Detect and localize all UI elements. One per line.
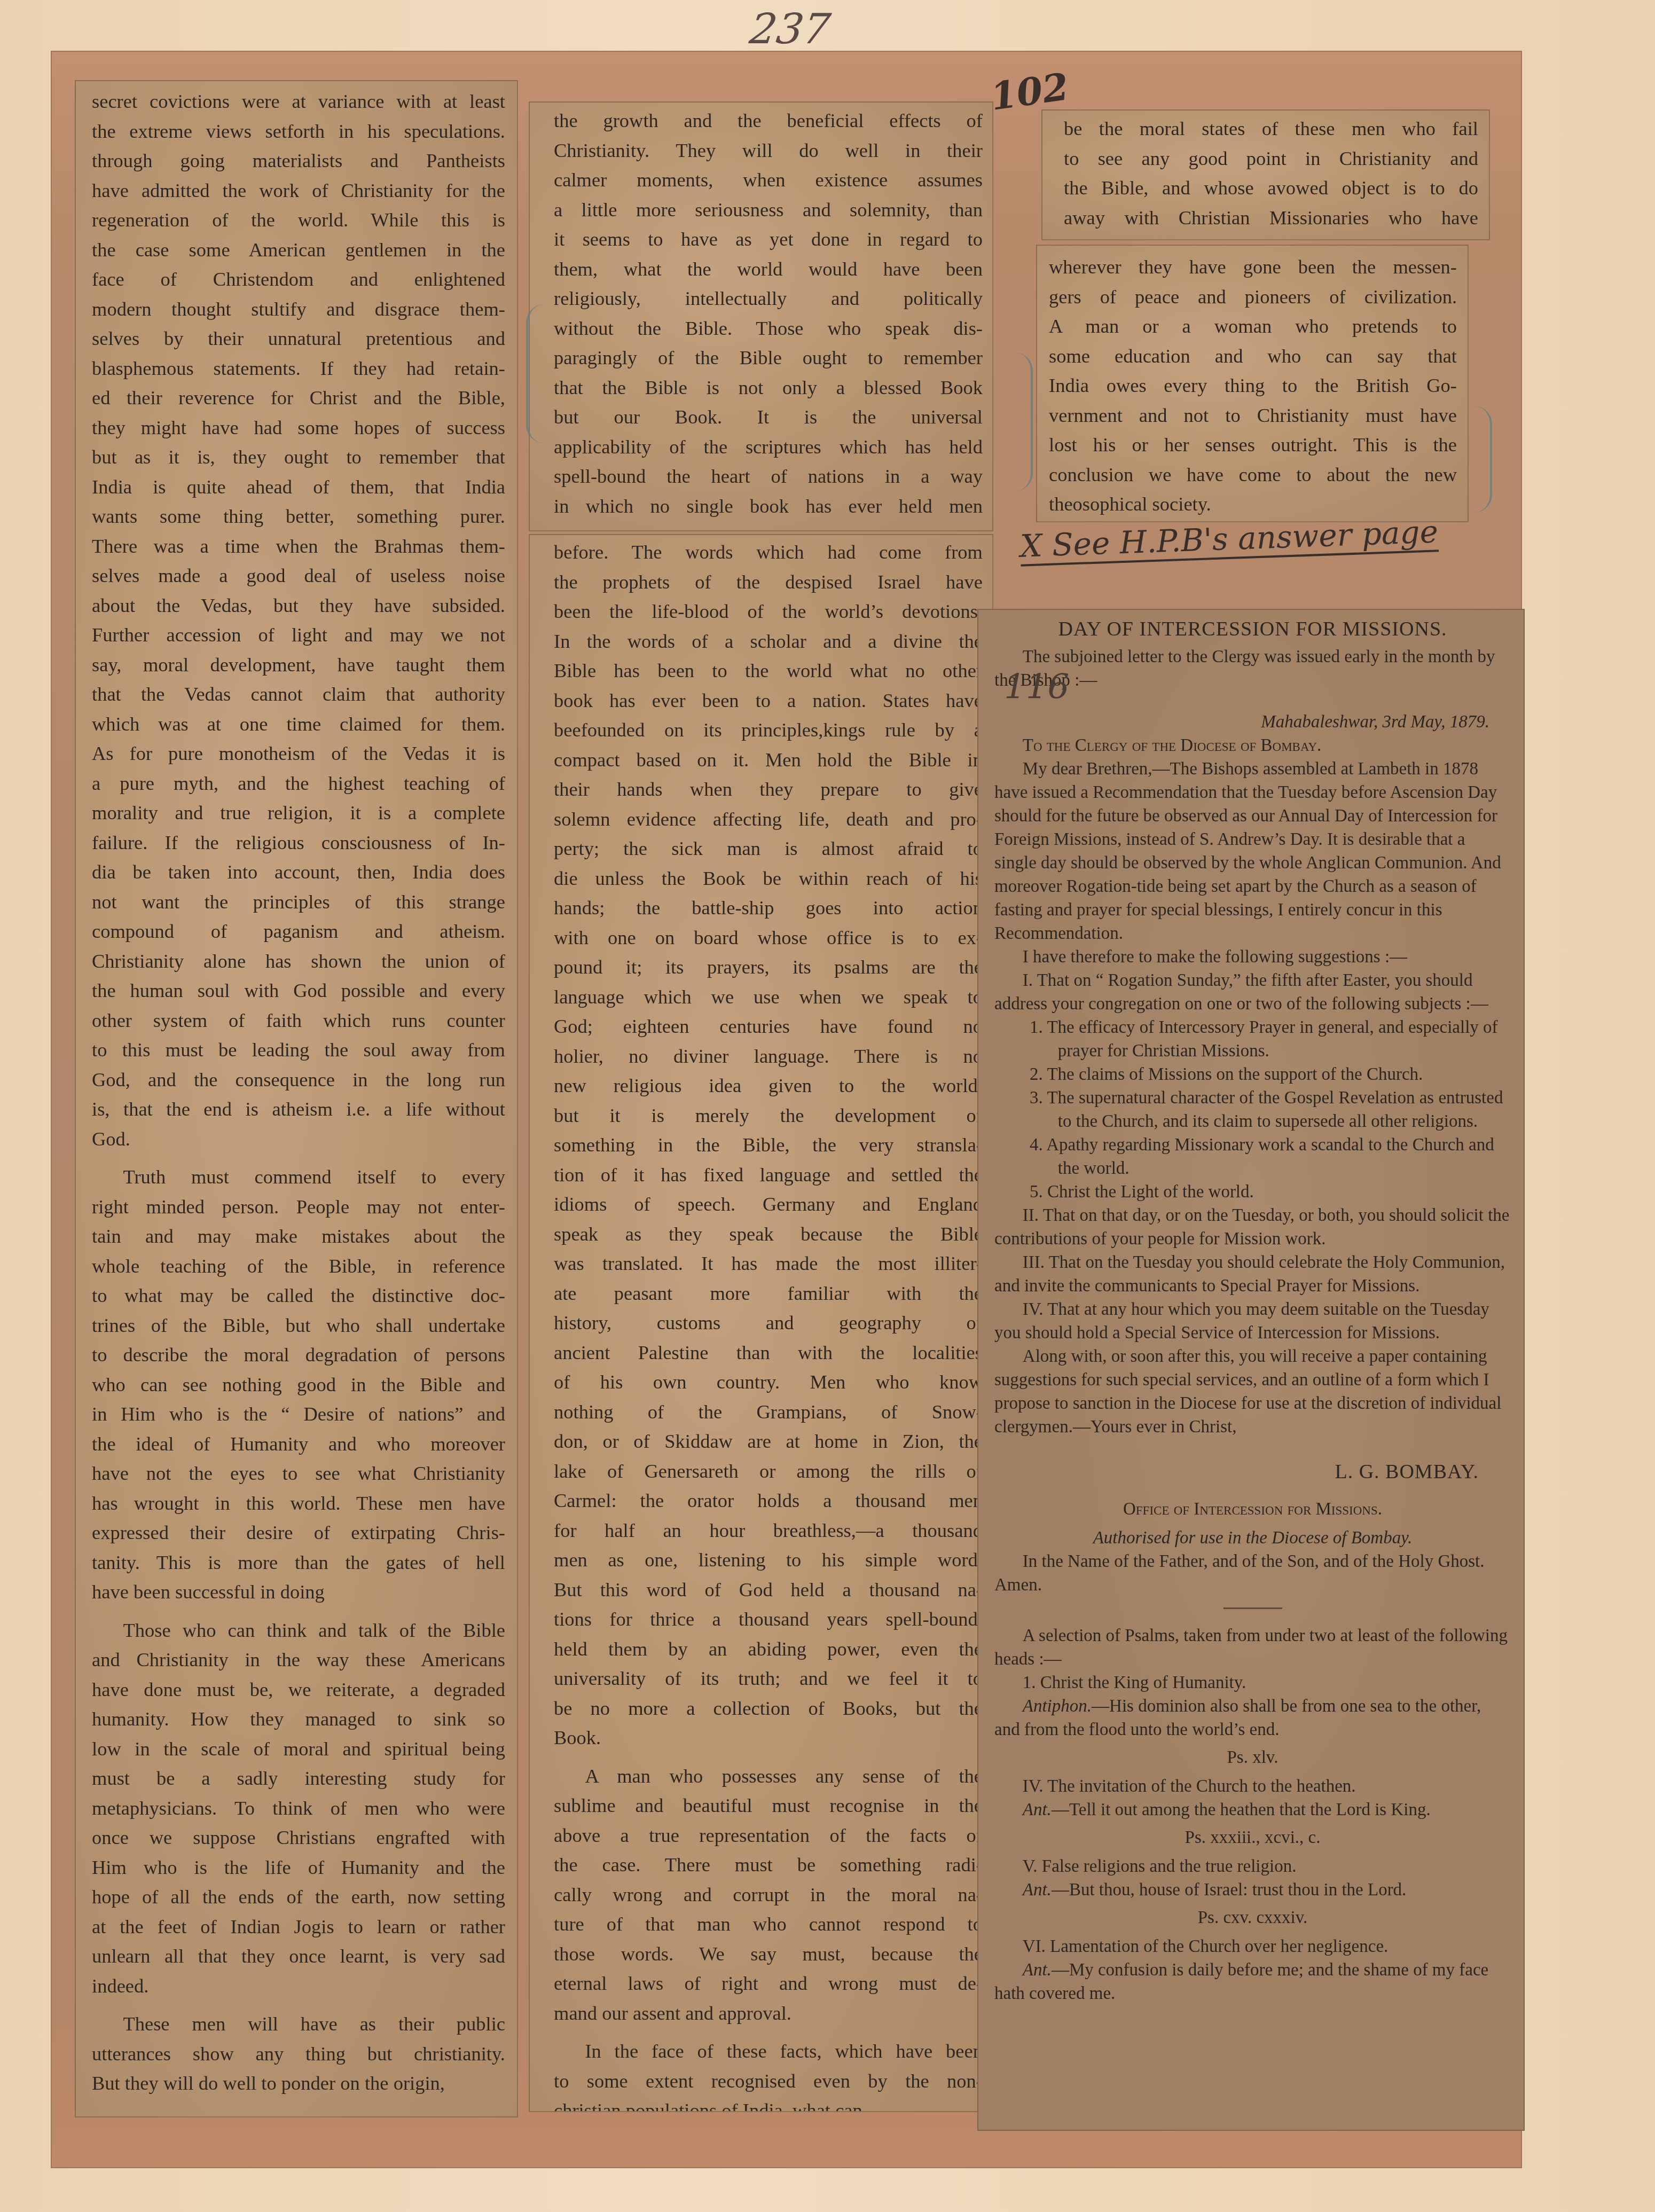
- text-line: These men will have as their public: [92, 2009, 505, 2039]
- text-line: history, customs and geography of: [554, 1308, 983, 1338]
- middle-column-clipping-top: the growth and the beneficial effects of…: [529, 101, 993, 531]
- text-line: to describe the moral degradation of per…: [92, 1340, 505, 1370]
- text-line: mand our assent and approval.: [554, 1998, 983, 2028]
- psalm-reference: Ps. cxv. cxxxiv.: [994, 1906, 1511, 1929]
- text-line: nothing of the Grampians, of Snow-: [554, 1397, 983, 1427]
- section-rule: [1223, 1607, 1282, 1609]
- text-line: for half an hour breathless,—a thousand: [554, 1516, 983, 1546]
- article-paragraph: These men will have as their publicutter…: [92, 2009, 505, 2098]
- notice-subjects-list: 1. The efficacy of Intercessory Prayer i…: [994, 1016, 1511, 1204]
- subject-item: 1. The efficacy of Intercessory Prayer i…: [994, 1016, 1511, 1063]
- article-paragraph: A man who possesses any sense of thesubl…: [554, 1761, 983, 2028]
- notice-signature: L. G. BOMBAY.: [994, 1460, 1511, 1484]
- text-line: compact based on it. Men hold the Bible …: [554, 745, 983, 775]
- text-line: something in the Bible, the very stransl…: [554, 1130, 983, 1160]
- text-line: and Christianity in the way these Americ…: [92, 1645, 505, 1675]
- text-line: expressed their desire of extirpating Ch…: [92, 1518, 505, 1548]
- psalm-head-title: IV. The invitation of the Church to the …: [994, 1775, 1511, 1798]
- text-line: gers of peace and pioneers of civilizati…: [1049, 282, 1457, 312]
- text-line: vernment and not to Christianity must ha…: [1049, 401, 1457, 430]
- right-column-clipping-conclusion: wherever they have gone been the messen-…: [1036, 245, 1469, 522]
- psalm-heads-list: 1. Christ the King of Humanity.Antiphon.…: [994, 1671, 1511, 2005]
- text-line: compound of paganism and atheism.: [92, 916, 505, 946]
- text-line: to what may be called the distinctive do…: [92, 1281, 505, 1311]
- notice-intro: The subjoined letter to the Clergy was i…: [994, 645, 1511, 692]
- text-line: but it is merely the development of: [554, 1101, 983, 1131]
- text-line: a pure myth, and the highest teaching of: [92, 768, 505, 798]
- notice-suggestion-1: I. That on “ Rogation Sunday,” the fifth…: [994, 969, 1511, 1016]
- text-line: the ideal of Humanity and who moreover: [92, 1429, 505, 1459]
- text-line: Carmel: the orator holds a thousand men: [554, 1486, 983, 1516]
- psalm-head-title: VI. Lamentation of the Church over her n…: [994, 1935, 1511, 1958]
- text-line: low in the scale of moral and spiritual …: [92, 1734, 505, 1764]
- text-line: utterances show any thing but christiani…: [92, 2039, 505, 2069]
- text-line: language which we use when we speak to: [554, 982, 983, 1012]
- text-line: say, moral development, have taught them: [92, 650, 505, 680]
- office-invocation: In the Name of the Father, and of the So…: [994, 1550, 1511, 1597]
- text-line: it seems to have as yet done in regard t…: [554, 224, 983, 254]
- text-line: Truth must commend itself to every: [92, 1162, 505, 1192]
- text-line: India owes every thing to the British Go…: [1049, 371, 1457, 401]
- text-line: book has ever been to a nation. States h…: [554, 686, 983, 716]
- text-line: have not the eyes to see what Christiani…: [92, 1458, 505, 1488]
- text-line: to see any good point in Christianity an…: [1064, 144, 1478, 174]
- psalm-reference: Ps. xlv.: [994, 1746, 1511, 1769]
- text-line: the growth and the beneficial effects of: [554, 106, 983, 136]
- text-line: to this must be leading the soul away fr…: [92, 1035, 505, 1065]
- office-authorised: Authorised for use in the Diocese of Bom…: [994, 1526, 1511, 1550]
- text-line: blasphemous statements. If they had reta…: [92, 354, 505, 383]
- page-number-annotation: 237: [747, 5, 834, 53]
- text-line: ancient Palestine than with the localiti…: [554, 1338, 983, 1368]
- text-line: religiously, intellectually and politica…: [554, 284, 983, 313]
- subject-item: 2. The claims of Missions on the support…: [994, 1063, 1511, 1086]
- text-line: those words. We say must, because the: [554, 1939, 983, 1969]
- text-line: the case. There must be something radi-: [554, 1850, 983, 1880]
- text-line: about the Vedas, but they have subsided.: [92, 591, 505, 621]
- article-paragraph: before. The words which had come fromthe…: [554, 537, 983, 1753]
- text-line: God, and the consequence in the long run: [92, 1065, 505, 1095]
- text-line: Book.: [554, 1723, 983, 1753]
- text-line: which was at one time claimed for them.: [92, 709, 505, 739]
- text-line: But they will do well to ponder on the o…: [92, 2068, 505, 2098]
- article-paragraph: Truth must commend itself to everyright …: [92, 1162, 505, 1607]
- text-line: once we suppose Christians engrafted wit…: [92, 1823, 505, 1853]
- text-line: Bible has been to the world what no othe…: [554, 656, 983, 686]
- text-line: face of Christendom and enlightened: [92, 264, 505, 294]
- text-line: at the feet of Indian Jogis to learn or …: [92, 1912, 505, 1942]
- text-line: been the life-blood of the world’s devot…: [554, 597, 983, 626]
- text-line: in which no single book has ever held me…: [554, 491, 983, 521]
- text-line: holier, no diviner language. There is no: [554, 1041, 983, 1071]
- text-line: ed their reverence for Christ and the Bi…: [92, 383, 505, 413]
- text-line: new religious idea given to the world,: [554, 1071, 983, 1101]
- text-line: not want the principles of this strange: [92, 887, 505, 917]
- text-line: In the face of these facts, which have b…: [554, 2036, 983, 2066]
- text-line: above a true representation of the facts…: [554, 1821, 983, 1850]
- psalm-head-title: V. False religions and the true religion…: [994, 1855, 1511, 1878]
- text-line: that the Bible is not only a blessed Boo…: [554, 373, 983, 403]
- text-line: applicability of the scriptures which ha…: [554, 432, 983, 462]
- text-line: Further accession of light and may we no…: [92, 620, 505, 650]
- text-line: before. The words which had come from: [554, 537, 983, 567]
- text-line: right minded person. People may not ente…: [92, 1192, 505, 1222]
- text-line: hands; the battle-ship goes into action: [554, 893, 983, 923]
- notice-addressee: To the Clergy of the Diocese of Bombay.: [994, 734, 1511, 757]
- text-line: some education and who can say that: [1049, 341, 1457, 371]
- text-line: beefounded on its principles,kings rule …: [554, 715, 983, 745]
- text-line: they might have had some hopes of succes…: [92, 413, 505, 443]
- notice-heading: DAY OF INTERCESSION FOR MISSIONS.: [994, 617, 1511, 641]
- text-line: failure. If the religious consciousness …: [92, 828, 505, 858]
- text-line: A man who possesses any sense of the: [554, 1761, 983, 1791]
- psalm-reference: Ps. xxxiii., xcvi., c.: [994, 1826, 1511, 1849]
- text-line: without the Bible. Those who speak dis-: [554, 313, 983, 343]
- text-line: tanity. This is more than the gates of h…: [92, 1548, 505, 1578]
- left-column-clipping: secret covictions were at variance with …: [75, 80, 518, 2117]
- subject-item: 4. Apathy regarding Missionary work a sc…: [994, 1133, 1511, 1180]
- article-paragraph: Those who can think and talk of the Bibl…: [92, 1615, 505, 2001]
- text-line: other system of faith which runs counter: [92, 1006, 505, 1036]
- notice-body: My dear Brethren,—The Bishops assembled …: [994, 757, 1511, 945]
- text-line: wherever they have gone been the messen-: [1049, 252, 1457, 282]
- text-line: christian populations of India, what can: [554, 2096, 983, 2112]
- text-line: has wrought in this world. These men hav…: [92, 1488, 505, 1518]
- subject-item: 3. The supernatural character of the Gos…: [994, 1086, 1511, 1133]
- text-line: There was a time when the Brahmas them-: [92, 531, 505, 561]
- text-line: through going materialists and Pantheist…: [92, 146, 505, 176]
- text-line: In the words of a scholar and a divine t…: [554, 626, 983, 656]
- notice-suggestion-4: IV. That at any hour which you may deem …: [994, 1298, 1511, 1345]
- notice-number-annotation: 116: [1004, 668, 1069, 707]
- text-line: but as it is, they ought to remember tha…: [92, 442, 505, 472]
- text-line: As for pure monotheism of the Vedas it i…: [92, 739, 505, 768]
- office-heading: Office of Intercession for Missions.: [994, 1497, 1511, 1521]
- pencil-bracket-mark: [526, 304, 544, 443]
- text-line: unlearn all that they once learnt, is ve…: [92, 1941, 505, 1971]
- text-line: must be a sadly interesting study for: [92, 1763, 505, 1793]
- text-line: a little more seriousness and solemnity,…: [554, 195, 983, 225]
- text-line: cally wrong and corrupt in the moral na-: [554, 1880, 983, 1910]
- text-line: the case some American gentlemen in the: [92, 235, 505, 265]
- text-line: sublime and beautiful must recognise in …: [554, 1791, 983, 1821]
- antiphon-label: Ant.: [1023, 1800, 1052, 1819]
- text-line: wants some thing better, something purer…: [92, 501, 505, 531]
- text-line: away with Christian Missionaries who hav…: [1064, 203, 1478, 233]
- text-line: regeneration of the world. While this is: [92, 205, 505, 235]
- notice-dateline: Mahabaleshwar, 3rd May, 1879.: [994, 710, 1511, 734]
- text-line: tions for thrice a thousand years spell-…: [554, 1604, 983, 1634]
- text-line: modern thought stultify and disgrace the…: [92, 294, 505, 324]
- text-line: But this word of God held a thousand na-: [554, 1575, 983, 1605]
- text-line: spell-bound the heart of nations in a wa…: [554, 461, 983, 491]
- text-line: lake of Genersareth or among the rills o…: [554, 1456, 983, 1486]
- text-line: conclusion we have come to about the new: [1049, 460, 1457, 490]
- text-line: don, or of Skiddaw are at home in Zion, …: [554, 1426, 983, 1456]
- text-line: Those who can think and talk of the Bibl…: [92, 1615, 505, 1645]
- text-line: who can see nothing good in the Bible an…: [92, 1370, 505, 1400]
- text-line: Him who is the life of Humanity and the: [92, 1853, 505, 1882]
- text-line: is, that the end is atheism i.e. a life …: [92, 1094, 505, 1124]
- text-line: selves by their unnatural pretentious an…: [92, 324, 505, 354]
- text-line: A man or a woman who pretends to: [1049, 311, 1457, 341]
- text-line: be no more a collection of Books, but th…: [554, 1693, 983, 1723]
- text-line: have done must be, we reiterate, a degra…: [92, 1675, 505, 1705]
- text-line: with one on board whose office is to ex-: [554, 923, 983, 953]
- text-line: Christianity alone has shown the union o…: [92, 946, 505, 976]
- text-line: paragingly of the Bible ought to remembe…: [554, 343, 983, 373]
- text-line: humanity. How they managed to sink so: [92, 1704, 505, 1734]
- text-line: selves made a good deal of useless noise: [92, 561, 505, 591]
- antiphon-label: Antiphon.: [1023, 1697, 1092, 1716]
- text-line: metaphysicians. To think of men who were: [92, 1793, 505, 1823]
- text-line: pound it; its prayers, its psalms are th…: [554, 952, 983, 982]
- text-line: the human soul with God possible and eve…: [92, 976, 505, 1006]
- text-line: ture of that man who cannot respond to: [554, 1909, 983, 1939]
- text-line: calmer moments, when existence assumes: [554, 165, 983, 195]
- text-line: the Bible, and whose avowed object is to…: [1064, 173, 1478, 203]
- text-line: was translated. It has made the most ill…: [554, 1249, 983, 1278]
- text-line: be the moral states of these men who fai…: [1064, 114, 1478, 144]
- text-line: God.: [92, 1124, 505, 1154]
- notice-closing: Along with, or soon after this, you will…: [994, 1345, 1511, 1439]
- right-column-clipping-top: be the moral states of these men who fai…: [1041, 109, 1490, 240]
- text-line: that the Vedas cannot claim that authori…: [92, 679, 505, 709]
- text-line: tion of it has fixed language and settle…: [554, 1160, 983, 1190]
- subject-item: 5. Christ the Light of the world.: [994, 1180, 1511, 1204]
- text-line: indeed.: [92, 1971, 505, 2001]
- notice-suggestion-2: II. That on that day, or on the Tuesday,…: [994, 1204, 1511, 1251]
- text-line: hope of all the ends of the earth, now s…: [92, 1882, 505, 1912]
- psalm-head-antiphon: Ant.—But thou, house of Israel: trust th…: [994, 1878, 1511, 1902]
- text-line: the extreme views setforth in his specul…: [92, 116, 505, 146]
- text-line: of his own country. Men who know: [554, 1367, 983, 1397]
- text-line: morality and true religion, it is a comp…: [92, 798, 505, 828]
- text-line: trines of the Bible, but who shall under…: [92, 1311, 505, 1340]
- text-line: the prophets of the despised Israel have: [554, 567, 983, 597]
- notice-suggestions-intro: I have therefore to make the following s…: [994, 945, 1511, 969]
- text-line: whole teaching of the Bible, in referenc…: [92, 1251, 505, 1281]
- middle-column-clipping-main: before. The words which had come fromthe…: [529, 534, 993, 2112]
- text-line: ate peasant more familiar with the: [554, 1278, 983, 1308]
- text-line: India is quite ahead of them, that India: [92, 472, 505, 502]
- text-line: secret covictions were at variance with …: [92, 87, 505, 116]
- text-line: tain and may make mistakes about the: [92, 1221, 505, 1251]
- psalm-head-antiphon: Ant.—Tell it out among the heathen that …: [994, 1798, 1511, 1822]
- text-line: solemn evidence affecting life, death an…: [554, 804, 983, 834]
- text-line: held them by an abiding power, even the: [554, 1634, 983, 1664]
- text-line: idioms of speech. Germany and England: [554, 1189, 983, 1219]
- psalms-intro: A selection of Psalms, taken from under …: [994, 1624, 1511, 1671]
- psalm-head-antiphon: Ant.—My confusion is daily before me; an…: [994, 1958, 1511, 2005]
- pencil-bracket-mark: [1474, 406, 1492, 513]
- text-line: speak as they speak because the Bible: [554, 1219, 983, 1249]
- text-line: Christianity. They will do well in their: [554, 136, 983, 166]
- text-line: but our Book. It is the universal: [554, 402, 983, 432]
- antiphon-label: Ant.: [1023, 1960, 1052, 1980]
- text-line: perty; the sick man is almost afraid to: [554, 834, 983, 864]
- article-paragraph: In the face of these facts, which have b…: [554, 2036, 983, 2112]
- psalm-head-antiphon: Antiphon.—His dominion also shall be fro…: [994, 1695, 1511, 1742]
- notice-suggestion-3: III. That on the Tuesday you should cele…: [994, 1251, 1511, 1298]
- text-line: God; eighteen centuries have found no: [554, 1011, 983, 1041]
- text-line: to some extent recognised even by the no…: [554, 2066, 983, 2096]
- antiphon-label: Ant.: [1023, 1880, 1052, 1900]
- text-line: die unless the Book be within reach of h…: [554, 864, 983, 893]
- text-line: eternal laws of right and wrong must de-: [554, 1968, 983, 1998]
- text-line: men as one, listening to his simple word…: [554, 1545, 983, 1575]
- text-line: lost his or her senses outright. This is…: [1049, 430, 1457, 460]
- article-paragraph: secret covictions were at variance with …: [92, 87, 505, 1154]
- text-line: them, what the world would have been: [554, 254, 983, 284]
- text-line: in Him who is the “ Desire of nations” a…: [92, 1399, 505, 1429]
- text-line: universality of its truth; and we feel i…: [554, 1664, 983, 1693]
- text-line: have admitted the work of Christianity f…: [92, 176, 505, 206]
- pencil-bracket-mark: [1015, 352, 1033, 491]
- intercession-notice-clipping: DAY OF INTERCESSION FOR MISSIONS. The su…: [977, 609, 1525, 2131]
- text-line: dia be taken into account, then, India d…: [92, 857, 505, 887]
- text-line: have been successful in doing: [92, 1577, 505, 1607]
- psalm-head-title: 1. Christ the King of Humanity.: [994, 1671, 1511, 1695]
- text-line: their hands when they prepare to give: [554, 774, 983, 804]
